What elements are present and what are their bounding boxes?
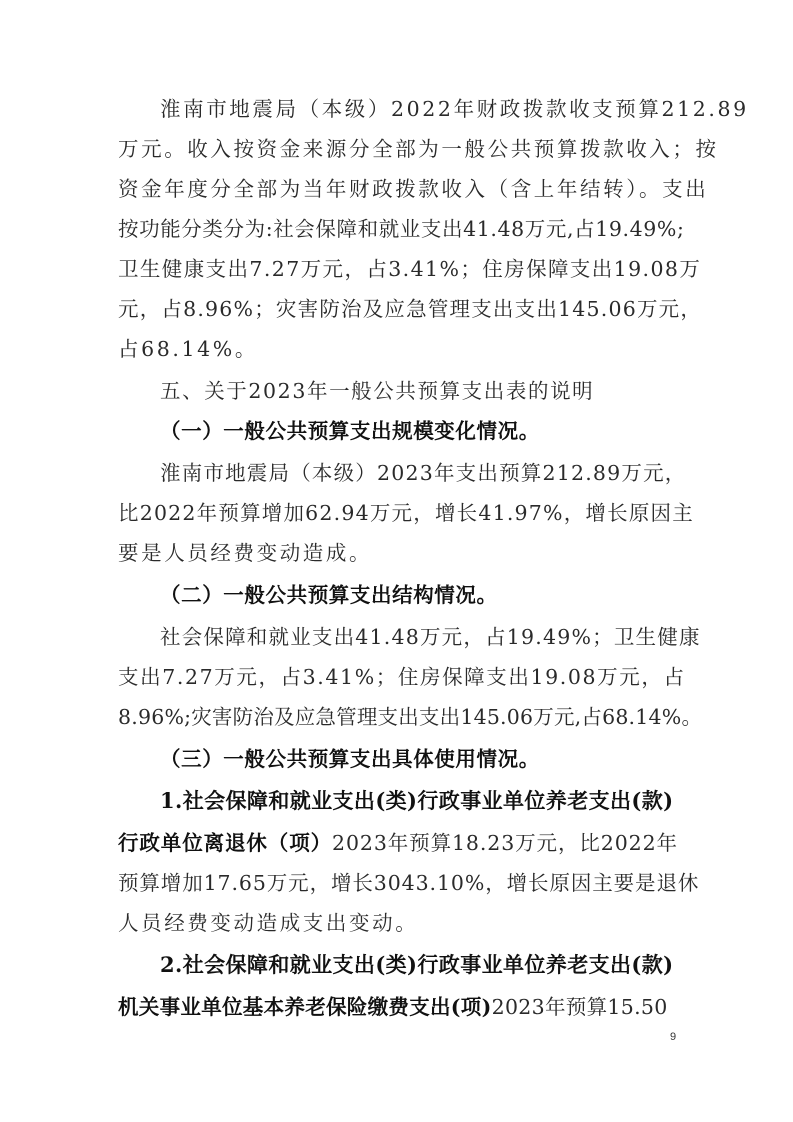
paragraph-line: 机关事业单位基本养老保险缴费支出(项)2023年预算15.50 (118, 995, 678, 1019)
subsection-heading: （三）一般公共预算支出具体使用情况。 (160, 747, 720, 771)
subsection-heading: （一）一般公共预算支出规模变化情况。 (160, 419, 720, 443)
document-page: 淮南市地震局（本级）2022年财政拨款收支预算212.89 万元。收入按资金来源… (0, 0, 793, 1122)
paragraph-line: 占68.14%。 (118, 337, 678, 361)
paragraph-line: 8.96%;灾害防治及应急管理支出支出145.06万元,占68.14%。 (118, 705, 678, 729)
section-heading: 五、关于2023年一般公共预算支出表的说明 (160, 379, 720, 403)
paragraph-line: 按功能分类分为:社会保障和就业支出41.48万元,占19.49%; (118, 217, 678, 241)
item-heading-continued: 机关事业单位基本养老保险缴费支出(项) (118, 995, 492, 1019)
paragraph-line: 社会保障和就业支出41.48万元，占19.49%；卫生健康 (160, 625, 720, 649)
paragraph-line: 人员经费变动造成支出变动。 (118, 911, 678, 935)
paragraph-line: 淮南市地震局（本级）2022年财政拨款收支预算212.89 (160, 97, 720, 121)
subsection-heading: （二）一般公共预算支出结构情况。 (160, 583, 720, 607)
paragraph-line: 预算增加17.65万元，增长3043.10%，增长原因主要是退休 (118, 871, 678, 895)
paragraph-line: 卫生健康支出7.27万元，占3.41%；住房保障支出19.08万 (118, 257, 678, 281)
paragraph-line: 要是人员经费变动造成。 (118, 541, 678, 565)
paragraph-line: 淮南市地震局（本级）2023年支出预算212.89万元， (160, 461, 720, 485)
paragraph-line: 比2022年预算增加62.94万元，增长41.97%，增长原因主 (118, 501, 678, 525)
paragraph-line: 资金年度分全部为当年财政拨款收入（含上年结转）。支出 (118, 177, 678, 201)
item-heading: 2.社会保障和就业支出(类)行政事业单位养老支出(款) (160, 953, 720, 977)
paragraph-line: 支出7.27万元，占3.41%；住房保障支出19.08万元，占 (118, 665, 678, 689)
paragraph-line: 万元。收入按资金来源分全部为一般公共预算拨款收入；按 (118, 137, 678, 161)
paragraph-line: 行政单位离退休（项）2023年预算18.23万元，比2022年 (118, 831, 678, 855)
item-heading: 1.社会保障和就业支出(类)行政事业单位养老支出(款) (160, 789, 720, 813)
paragraph-line: 元，占8.96%；灾害防治及应急管理支出支出145.06万元， (118, 297, 678, 321)
page-number: 9 (670, 1031, 676, 1043)
paragraph-text: 2023年预算15.50 (492, 995, 668, 1019)
item-heading-continued: 行政单位离退休（项） (118, 831, 332, 855)
paragraph-text: 2023年预算18.23万元，比2022年 (332, 831, 678, 855)
